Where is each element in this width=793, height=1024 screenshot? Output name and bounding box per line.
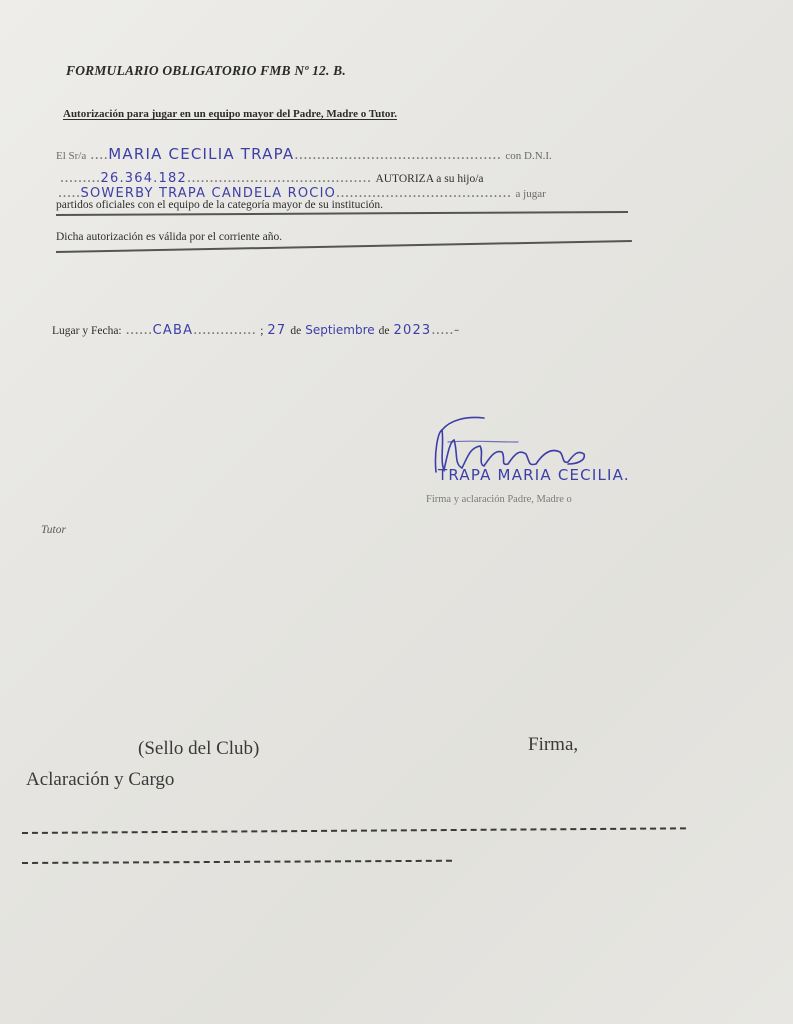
dashed-clarification-line	[22, 860, 452, 864]
parent-name-line: El Sr/a ....MARIA CECILIA TRAPA.........…	[56, 145, 552, 164]
club-clarification-label: Aclaración y Cargo	[26, 769, 174, 791]
place-date-label: Lugar y Fecha:	[52, 325, 122, 337]
dotted-fill: ........................................…	[294, 146, 501, 163]
dotted-fill: ....	[90, 146, 108, 163]
form-subtitle: Autorización para jugar en un equipo may…	[63, 108, 397, 120]
handwritten-signature-clarification: TRAPA MARIA CECILIA.	[438, 466, 630, 484]
dotted-fill: ..............	[193, 321, 256, 338]
signature-caption: Firma y aclaración Padre, Madre o	[426, 494, 572, 505]
form-title: FORMULARIO OBLIGATORIO FMB Nº 12. B.	[66, 63, 346, 79]
handwritten-day: 27	[267, 323, 286, 338]
place-date-line: Lugar y Fecha: ......CABA.............. …	[52, 321, 460, 339]
dotted-fill: ......	[126, 321, 153, 338]
dni-label: con D.N.I.	[505, 150, 551, 162]
dashed-signature-line	[22, 827, 686, 834]
handwritten-month: Septiembre	[305, 323, 374, 337]
de-label: de	[290, 325, 301, 337]
signature-caption-continued: Tutor	[41, 524, 66, 536]
handwritten-parent-name: MARIA CECILIA TRAPA	[108, 145, 294, 163]
parent-prefix-label: El Sr/a	[56, 150, 86, 162]
handwritten-place: CABA	[153, 323, 194, 338]
underline-rule	[56, 211, 628, 215]
to-play-label: a jugar	[516, 188, 546, 200]
validity-text: Dicha autorización es válida por el corr…	[56, 231, 282, 243]
club-seal-label: (Sello del Club)	[138, 738, 259, 760]
official-matches-text: partidos oficiales con el equipo de la c…	[56, 199, 383, 211]
club-signature-label: Firma,	[528, 734, 578, 756]
handwritten-year: 2023	[394, 323, 432, 338]
dotted-fill: .....-	[431, 321, 459, 338]
de-label: de	[379, 325, 390, 337]
